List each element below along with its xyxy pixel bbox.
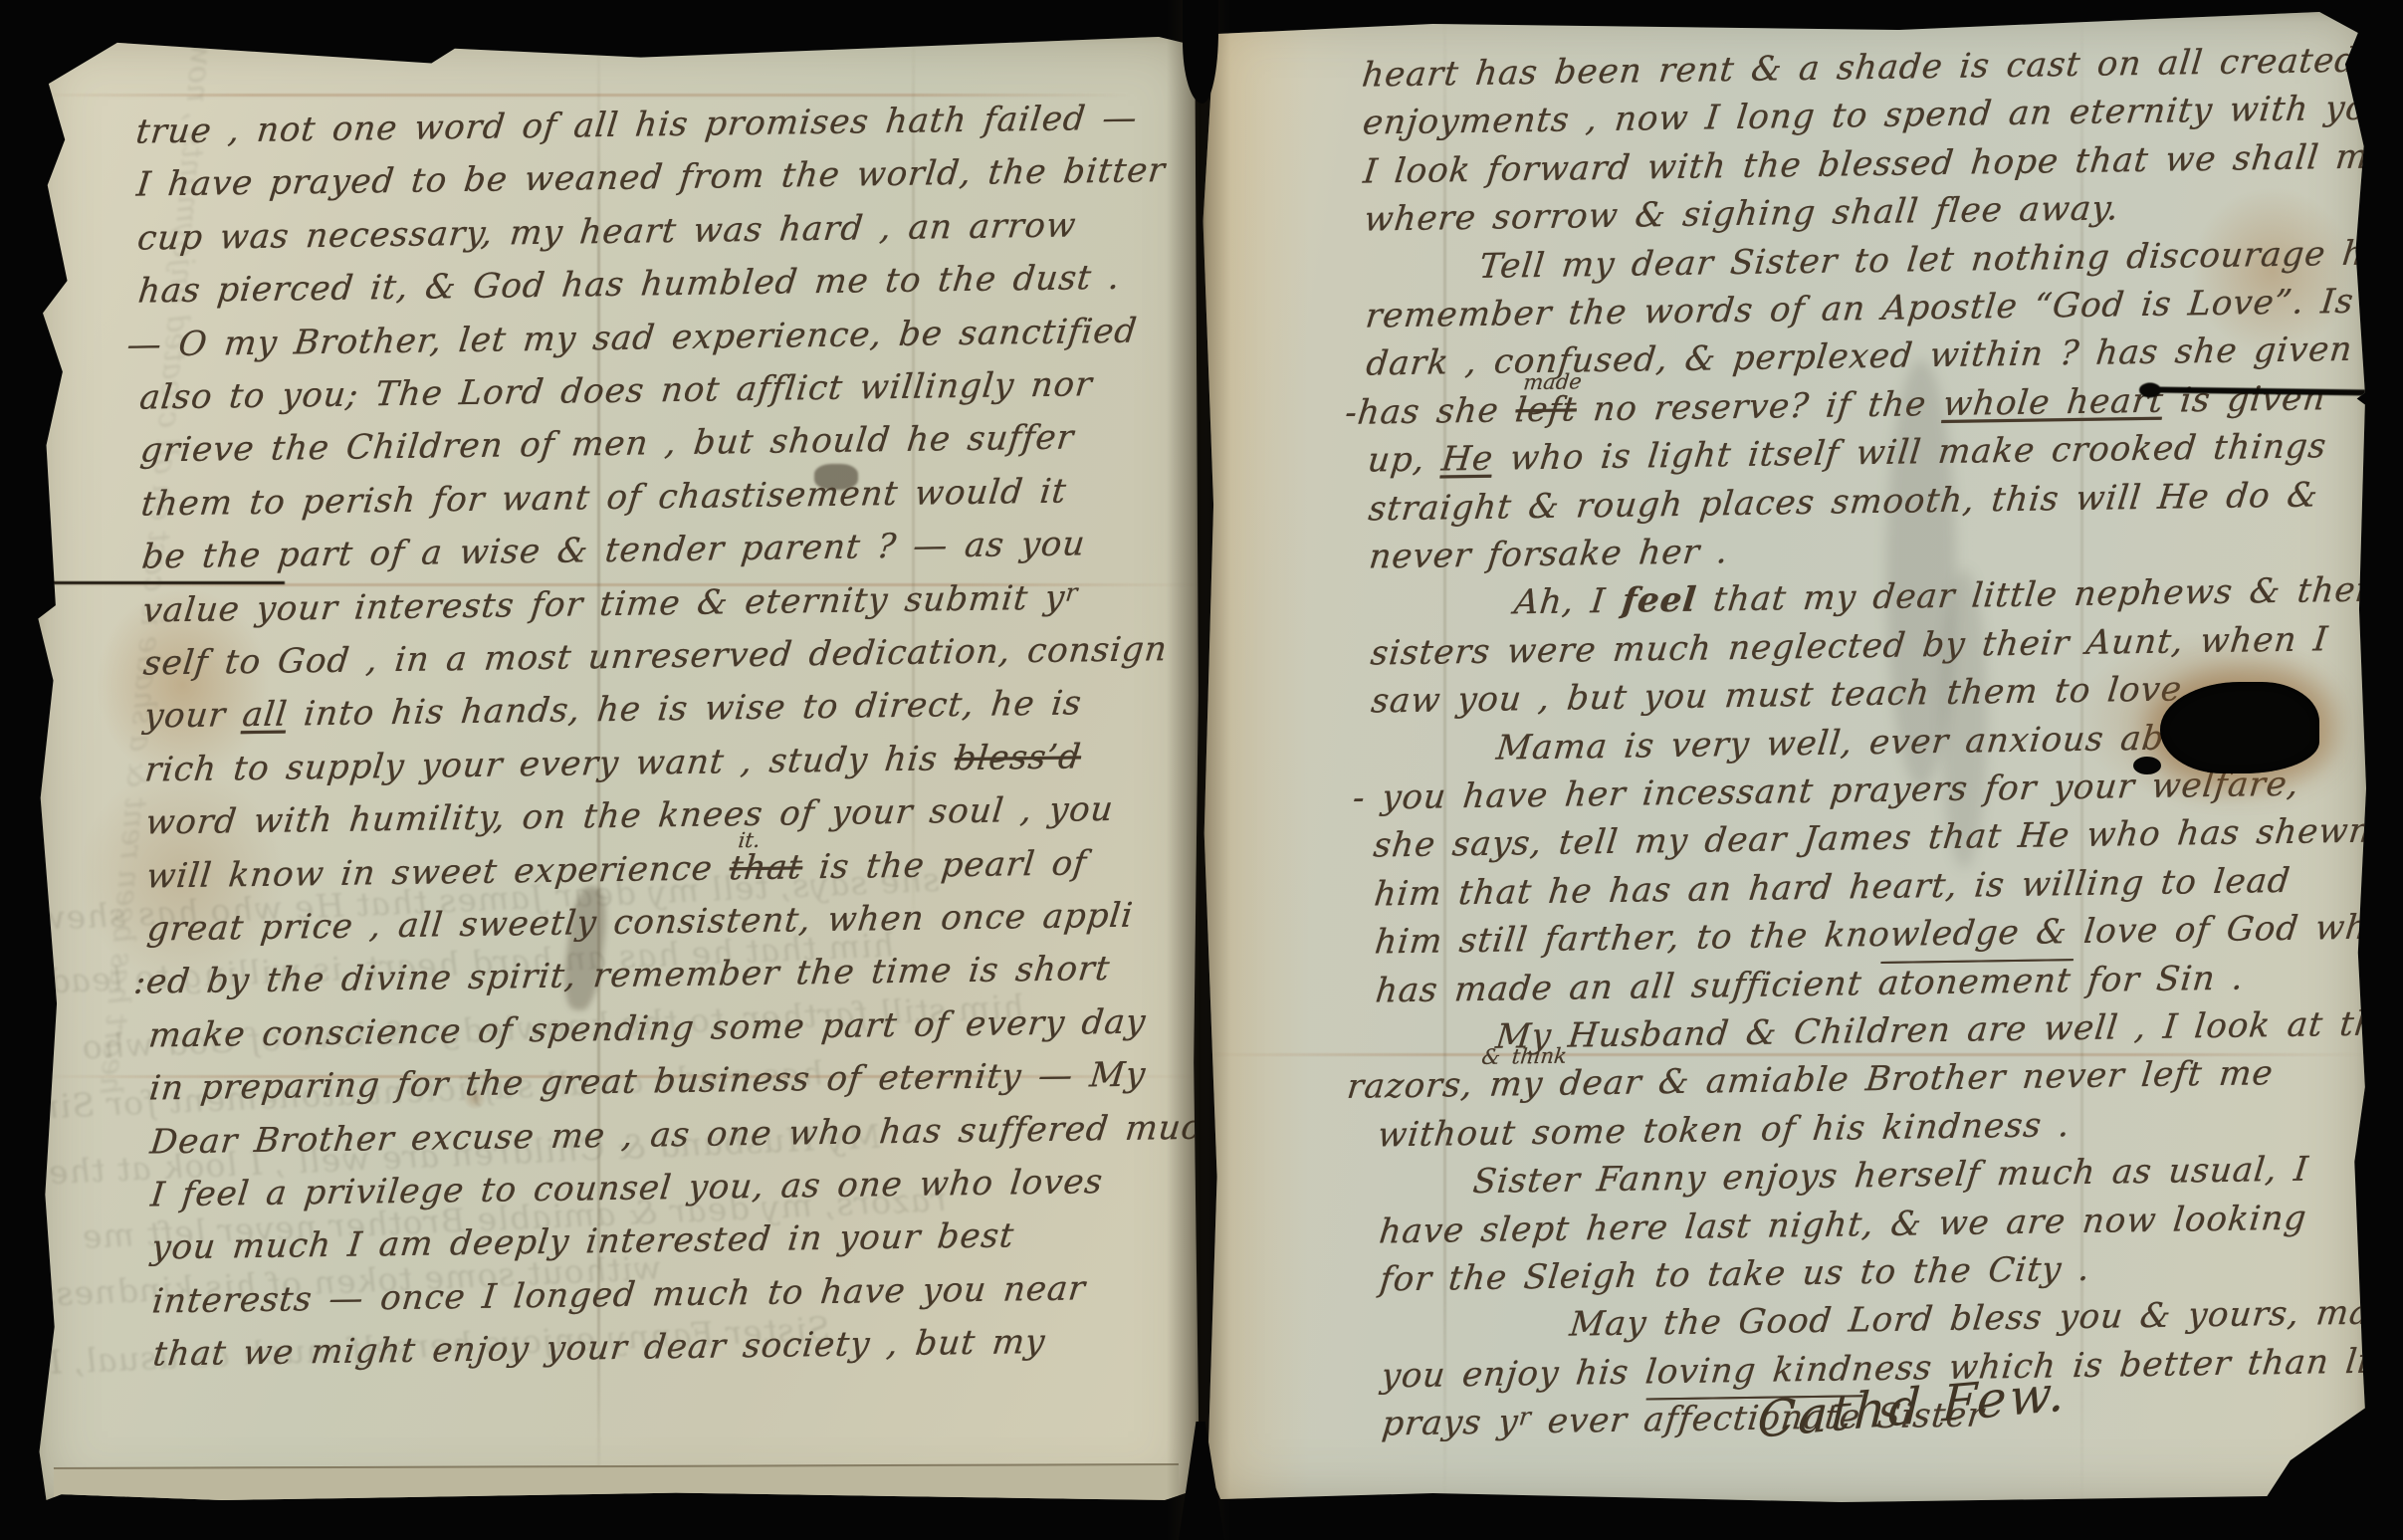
manuscript-line: him that he has an hard heart, is willin… xyxy=(1372,861,2293,915)
text-segment: value your interests for time & eternity… xyxy=(140,577,1067,630)
text-segment: all xyxy=(240,695,289,736)
manuscript-line: value your interests for time & eternity… xyxy=(140,577,1079,630)
text-segment: I feel a privilege to counsel you, as on… xyxy=(149,1162,1106,1214)
text-segment: My Husband & Children are well , I look … xyxy=(1494,1003,2401,1057)
manuscript-line: Tell my dear Sister to let nothing disco… xyxy=(1477,233,2403,287)
inserted-word: made xyxy=(1522,369,1583,394)
manuscript-line: - you have her incessant prayers for you… xyxy=(1351,765,2301,818)
text-segment: cup was necessary, my heart was hard , a… xyxy=(135,205,1078,258)
text-segment: razors, xyxy=(1345,1065,1475,1107)
manuscript-line: for the Sleigh to take us to the City . xyxy=(1378,1249,2092,1300)
text-segment: — O my Brother, let my sad experience, b… xyxy=(125,311,1140,364)
manuscript-line: in preparing for the great business of e… xyxy=(147,1055,1148,1109)
text-segment: bless’d xyxy=(953,737,1084,778)
manuscript-line: make conscience of spending some part of… xyxy=(146,1001,1148,1055)
manuscript-line: word with humility, on the knees of your… xyxy=(143,789,1115,843)
text-segment: prays y xyxy=(1380,1403,1520,1444)
manuscript-line: him still farther, to the knowledge & lo… xyxy=(1373,908,2392,963)
text-segment: make conscience of spending some part of… xyxy=(146,1001,1148,1055)
text-segment: grieve the Children of men , but should … xyxy=(138,418,1076,471)
manuscript-line: I feel a privilege to counsel you, as on… xyxy=(149,1162,1106,1214)
text-segment: up, xyxy=(1366,440,1444,481)
manuscript-line: never forsake her . xyxy=(1367,532,1730,576)
text-segment: for Sin . xyxy=(2069,958,2246,1000)
manuscript-line: up, He who is light itself will make cro… xyxy=(1366,426,2328,480)
text-segment: May the Good Lord bless you & yours, may xyxy=(1568,1293,2393,1345)
manuscript-line: straight & rough places smooth, this wil… xyxy=(1367,475,2320,529)
text-segment: dark , confused, & perplexed within ? ha… xyxy=(1365,330,2372,384)
manuscript-line: cup was necessary, my heart was hard , a… xyxy=(135,205,1078,258)
manuscript-line: you much I am deeply interested in your … xyxy=(149,1216,1016,1268)
text-segment: your xyxy=(142,696,245,737)
text-segment: true , not one word of all his promises … xyxy=(134,99,1140,152)
manuscript-line: great price , all sweetly consistent, wh… xyxy=(145,896,1136,950)
manuscript-line: be the part of a wise & tender parent ? … xyxy=(140,524,1088,576)
text-segment: I look forward with the blessed hope tha… xyxy=(1362,136,2403,192)
manuscript-line: them to perish for want of chastisement … xyxy=(139,471,1069,524)
paper-tear-hole xyxy=(2160,682,2319,773)
manuscript-line: My Husband & Children are well , I look … xyxy=(1494,1003,2401,1057)
paper-tear-hole xyxy=(2133,757,2161,774)
text-segment: no reserve? if the xyxy=(1575,384,1946,430)
text-segment: that my dear little nephews & their xyxy=(1694,570,2387,620)
text-segment: dear & amiable Brother never left me xyxy=(1541,1053,2276,1104)
text-segment: is given xyxy=(2161,378,2327,420)
text-segment: up— xyxy=(2367,329,2403,369)
text-segment: Sister Fanny enjoys herself much as usua… xyxy=(1471,1150,2311,1203)
text-segment: whole heart xyxy=(1941,380,2166,423)
text-segment: interests — once I longed much to have y… xyxy=(150,1268,1088,1321)
text-segment: rich to supply your every want , study h… xyxy=(143,739,957,789)
text-segment: enjoyments , now I long to spend an eter… xyxy=(1361,89,2392,143)
text-segment: remember the words of an Apostle “God is… xyxy=(1364,281,2403,336)
text-segment: where sorrow & sighing shall flee away. xyxy=(1362,188,2121,239)
text-segment: Tell my dear Sister to let nothing disco… xyxy=(1477,233,2403,287)
manuscript-line: :ed by the divine spirit, remember the t… xyxy=(132,949,1113,1002)
text-segment: self to God , in a most unreserved dedic… xyxy=(141,629,1170,683)
text-segment: be the part of a wise & tender parent ? … xyxy=(140,524,1088,576)
text-segment: ever xyxy=(1529,1401,1646,1442)
text-segment: thatit. xyxy=(728,847,805,888)
manuscript-line: your all into his hands, he is wise to d… xyxy=(142,684,1084,737)
text-segment: him still farther, to the knowledge & lo… xyxy=(1373,908,2392,963)
text-segment: atonement xyxy=(1876,961,2074,1003)
text-segment: saw you , but you must teach them to lov… xyxy=(1370,670,2185,722)
manuscript-line: dark , confused, & perplexed within ? ha… xyxy=(1365,329,2403,384)
text-segment: I have prayed to be weaned from the worl… xyxy=(134,151,1167,205)
manuscript-line: — O my Brother, let my sad experience, b… xyxy=(125,311,1140,364)
letter-page-right: heart has been rent & a shade is cast on… xyxy=(1200,12,2366,1505)
text-segment: - you have her incessant prayers for you… xyxy=(1351,765,2301,818)
text-segment: who is light itself will make crooked th… xyxy=(1491,426,2328,478)
manuscript-line: has made an all sufficient atonement for… xyxy=(1374,958,2246,1010)
text-segment: He xyxy=(1439,439,1495,480)
text-segment: straight & rough places smooth, this wil… xyxy=(1367,475,2320,529)
manuscript-line: interests — once I longed much to have y… xyxy=(150,1268,1088,1321)
manuscript-line: Ah, I feel that my dear little nephews &… xyxy=(1512,570,2387,623)
text-segment: that we might enjoy your dear society , … xyxy=(151,1322,1048,1375)
text-segment: for the Sleigh to take us to the City . xyxy=(1378,1249,2092,1300)
manuscript-line: she says, tell my dear James that He who… xyxy=(1372,811,2374,866)
text-segment: sisters were much neglected by their Aun… xyxy=(1369,619,2330,673)
text-segment: have slept here last night, & we are now… xyxy=(1377,1198,2308,1251)
manuscript-line: where sorrow & sighing shall flee away. xyxy=(1362,188,2121,239)
text-segment: also to you; The Lord does not afflict w… xyxy=(137,364,1094,417)
letter-page-left: she says, tell my dear James that He who… xyxy=(36,34,1200,1503)
text-segment: has pierced it, & God has humbled me to … xyxy=(136,258,1123,312)
text-segment: has made an all sufficient xyxy=(1374,964,1880,1011)
manuscript-line: Dear Brother excuse me , as one who has … xyxy=(148,1107,1226,1162)
manuscript-line: grieve the Children of men , but should … xyxy=(138,418,1076,471)
text-segment: in preparing for the great business of e… xyxy=(147,1055,1148,1109)
manuscript-line: sisters were much neglected by their Aun… xyxy=(1369,619,2330,673)
text-segment: Ah, I xyxy=(1512,581,1625,623)
manuscript-line: razors, my& think dear & amiable Brother… xyxy=(1345,1053,2275,1107)
manuscript-line: will know in sweet experience thatit. is… xyxy=(144,843,1089,896)
text-segment: heart has been rent & a shade is cast on… xyxy=(1360,41,2359,96)
manuscript-line: enjoyments , now I long to spend an eter… xyxy=(1361,89,2392,143)
text-segment: word with humility, on the knees of your… xyxy=(143,789,1115,843)
manuscript-line: rich to supply your every want , study h… xyxy=(143,737,1084,789)
manuscript-line: saw you , but you must teach them to lov… xyxy=(1370,670,2185,722)
manuscript-line: Sister Fanny enjoys herself much as usua… xyxy=(1471,1150,2311,1203)
text-segment: Dear Brother excuse me , as one who has … xyxy=(148,1107,1226,1162)
manuscript-line: I have prayed to be weaned from the worl… xyxy=(134,151,1167,205)
text-segment: him that he has an hard heart, is willin… xyxy=(1372,861,2293,915)
text-segment: will know in sweet experience xyxy=(144,848,732,896)
manuscript-line: heart has been rent & a shade is cast on… xyxy=(1360,41,2359,96)
text-segment: them to perish for want of chastisement … xyxy=(139,471,1069,524)
text-segment: r xyxy=(1064,577,1080,606)
manuscript-line: that we might enjoy your dear society , … xyxy=(151,1322,1048,1375)
manuscript-line: May the Good Lord bless you & yours, may xyxy=(1568,1293,2393,1345)
text-segment: you much I am deeply interested in your … xyxy=(149,1216,1016,1268)
letter-photograph: she says, tell my dear James that He who… xyxy=(0,0,2403,1540)
text-segment: never forsake her . xyxy=(1367,532,1730,576)
manuscript-line: without some token of his kindness . xyxy=(1376,1105,2073,1155)
text-segment: great price , all sweetly consistent, wh… xyxy=(145,896,1136,950)
manuscript-line: also to you; The Lord does not afflict w… xyxy=(137,364,1094,417)
text-segment: feel xyxy=(1620,580,1698,621)
text-segment: :ed by the divine spirit, remember the t… xyxy=(132,949,1113,1002)
left-page-text: true , not one word of all his promises … xyxy=(36,18,1219,1503)
manuscript-line: I look forward with the blessed hope tha… xyxy=(1362,136,2403,192)
manuscript-line: have slept here last night, & we are now… xyxy=(1377,1198,2308,1251)
text-segment: into his hands, he is wise to direct, he… xyxy=(286,684,1084,735)
text-segment: leftmade xyxy=(1513,389,1579,430)
text-segment: she says, tell my dear James that He who… xyxy=(1372,811,2374,866)
text-segment: without some token of his kindness . xyxy=(1376,1105,2073,1155)
text-segment: -has she xyxy=(1343,390,1517,433)
text-segment: my& think xyxy=(1471,1064,1546,1105)
manuscript-line: has pierced it, & God has humbled me to … xyxy=(136,258,1123,312)
text-segment: is the pearl of xyxy=(800,843,1089,887)
manuscript-line: self to God , in a most unreserved dedic… xyxy=(141,629,1170,683)
inserted-word: it. xyxy=(737,828,761,852)
manuscript-line: true , not one word of all his promises … xyxy=(134,99,1140,152)
manuscript-line: remember the words of an Apostle “God is… xyxy=(1364,281,2403,336)
